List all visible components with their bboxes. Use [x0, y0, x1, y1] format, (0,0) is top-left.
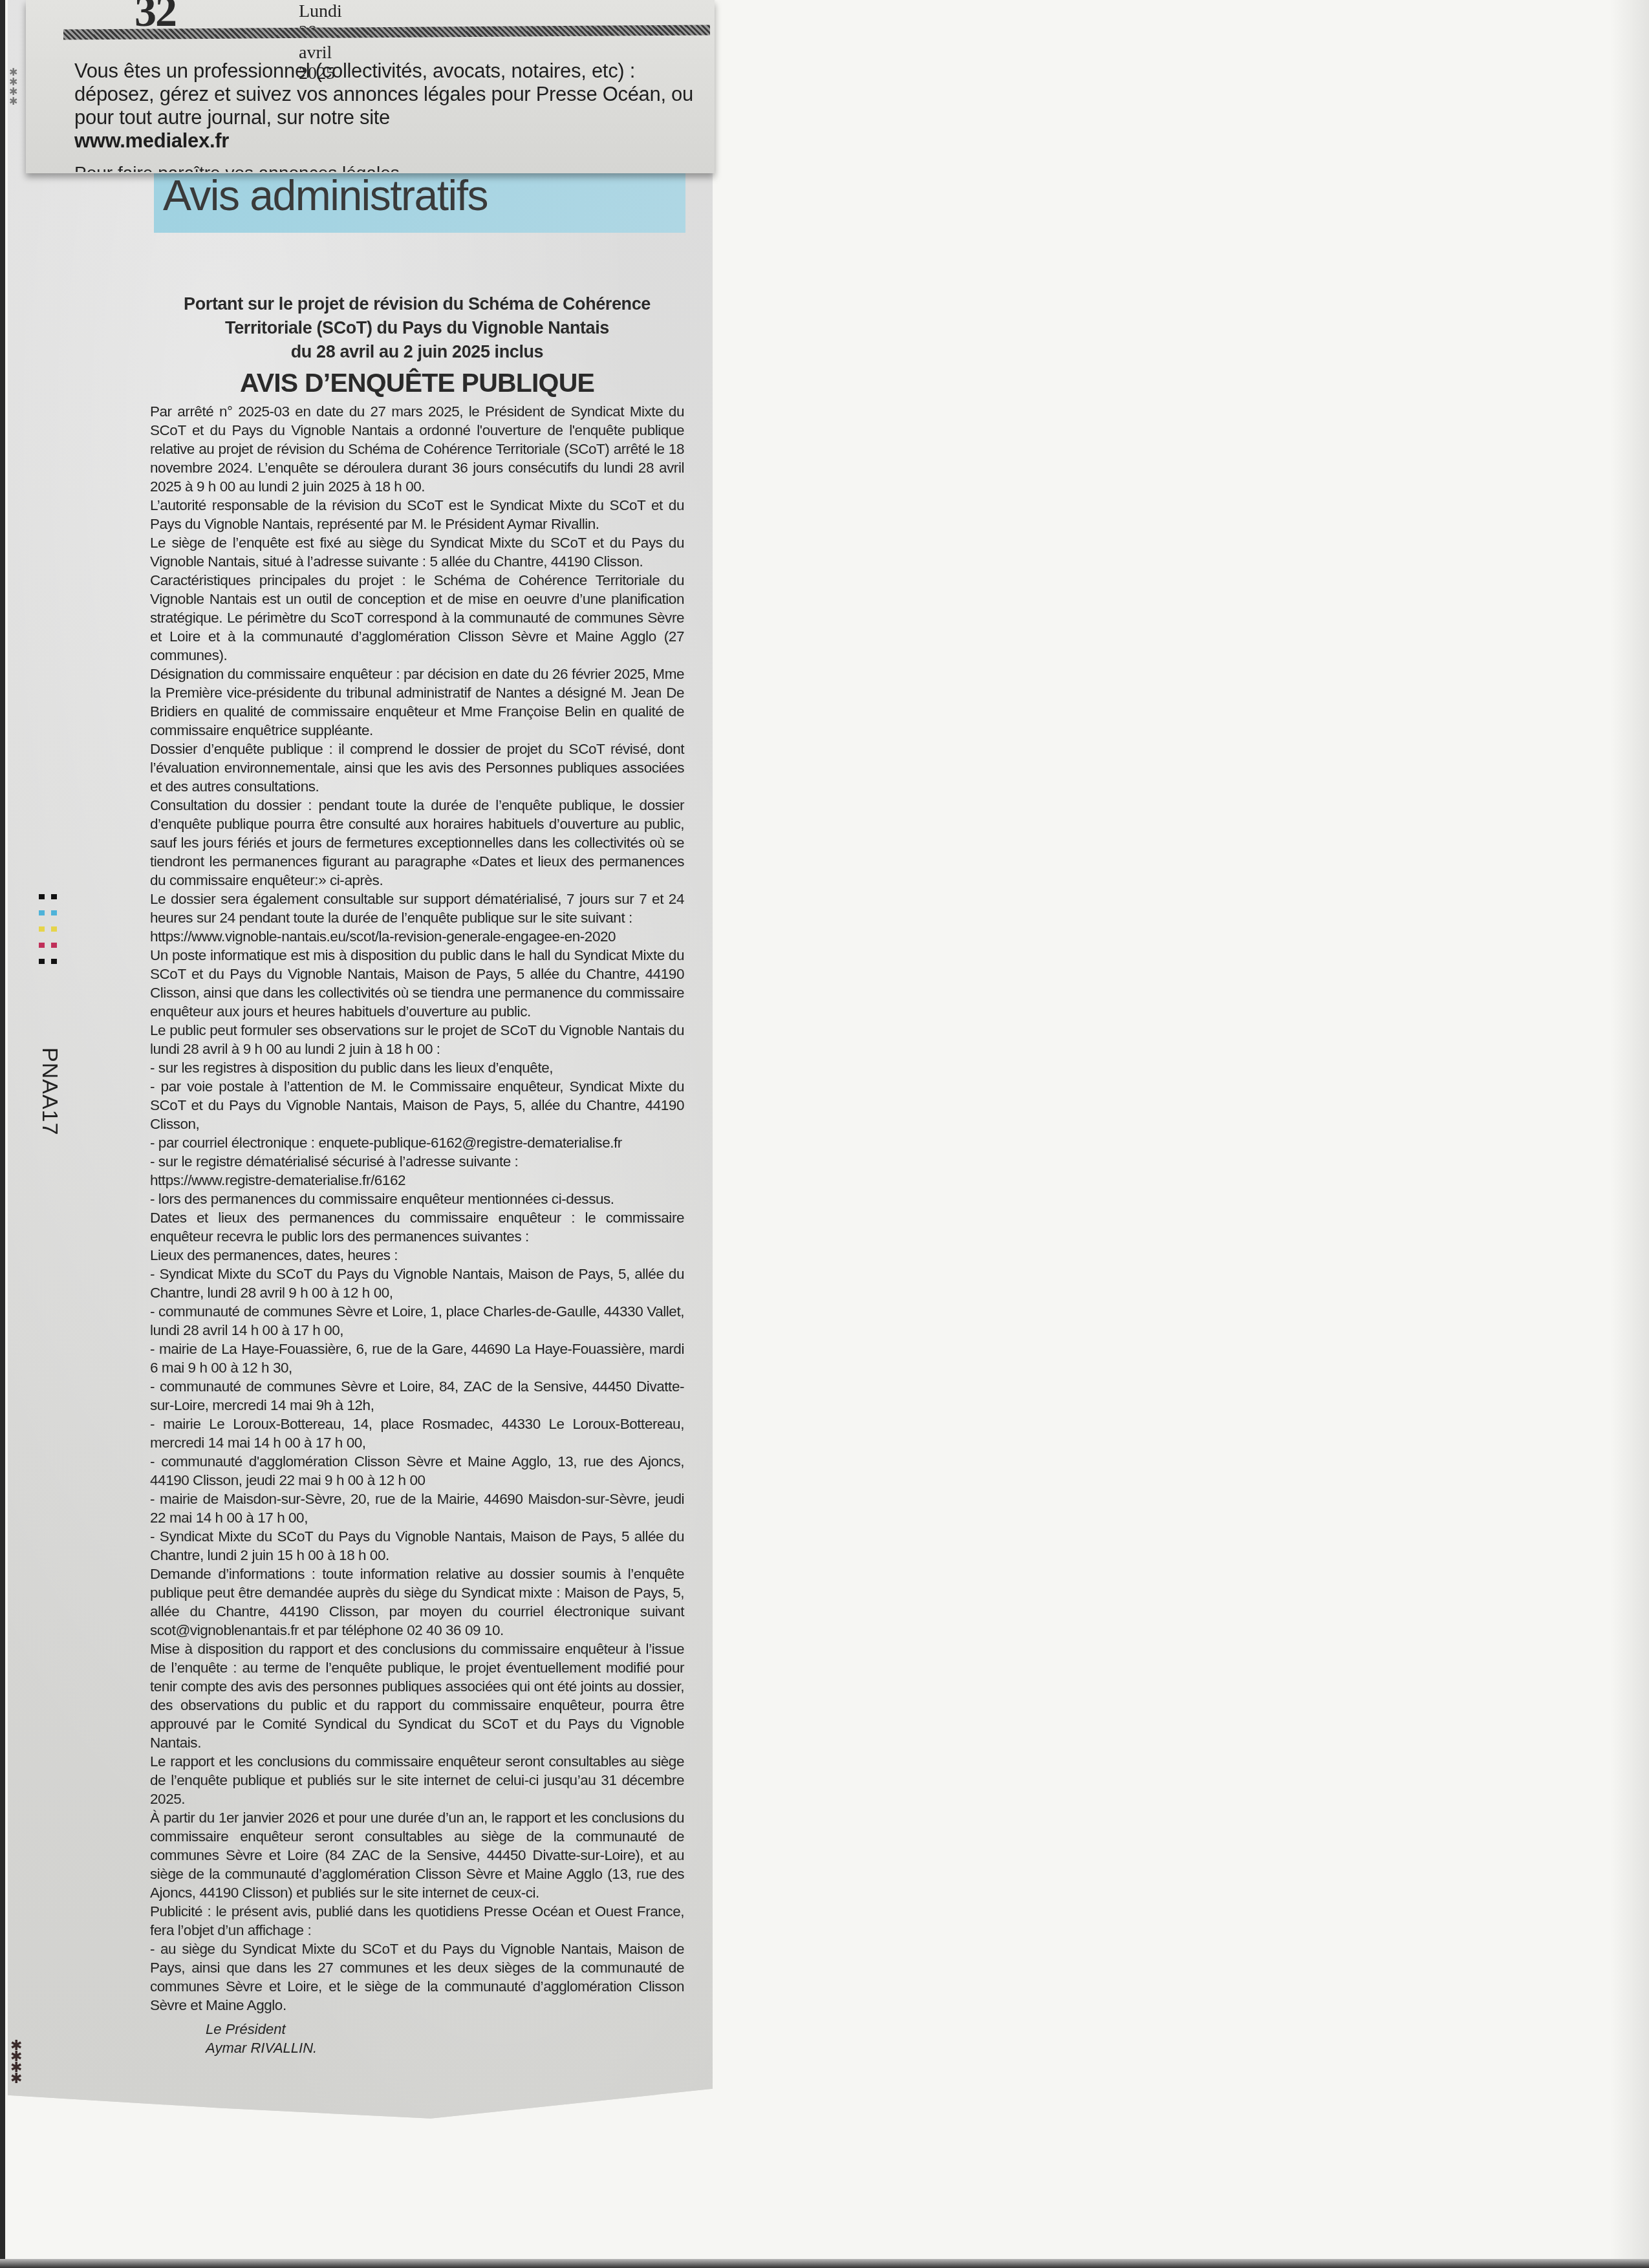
paragraph-mise-a-disposition: Mise à disposition du rapport et des con… — [150, 1640, 684, 1752]
paragraph-observations: Le public peut formuler ses observations… — [150, 1021, 684, 1058]
signature-name: Aymar RIVALLIN. — [206, 2038, 684, 2057]
list-item-courriel[interactable]: - par courriel électronique : enquete-pu… — [150, 1133, 684, 1152]
promo-site-link[interactable]: www.medialex.fr — [74, 129, 702, 153]
registration-mark-black — [39, 959, 57, 964]
paragraph-autorite: L’autorité responsable de la révision du… — [150, 496, 684, 533]
subheading-line: Territoriale (SCoT) du Pays du Vignoble … — [150, 316, 684, 340]
star-marks-bottom: ✱✱✱✱ — [10, 2040, 22, 2084]
medialex-promo: Vous êtes un professionnel (collectivité… — [74, 59, 702, 153]
link-registre-dematerialise[interactable]: https://www.registre-dematerialise.fr/61… — [150, 1171, 684, 1190]
permanence-item: - Syndicat Mixte du SCoT du Pays du Vign… — [150, 1265, 684, 1302]
paragraph-dematerialise: Le dossier sera également consultable su… — [150, 890, 684, 927]
list-item-affichage: - au siège du Syndicat Mixte du SCoT et … — [150, 1940, 684, 2015]
subheading-line: Portant sur le projet de révision du Sch… — [150, 292, 684, 316]
section-banner: Avis administratifs — [154, 167, 685, 233]
paragraph-lieux-heading: Lieux des permanences, dates, heures : — [150, 1246, 684, 1265]
paragraph-caracteristiques: Caractéristiques principales du projet :… — [150, 571, 684, 665]
paragraph-poste-informatique: Un poste informatique est mis à disposit… — [150, 946, 684, 1021]
permanence-item: - Syndicat Mixte du SCoT du Pays du Vign… — [150, 1527, 684, 1565]
list-item-registre-dematerialise: - sur le registre dématérialisé sécurisé… — [150, 1152, 684, 1171]
paragraph-rapport-consultable: Le rapport et les conclusions du commiss… — [150, 1752, 684, 1808]
permanence-item: - mairie Le Loroux-Bottereau, 14, place … — [150, 1415, 684, 1452]
section-title: Avis administratifs — [163, 171, 488, 220]
list-item-permanences: - lors des permanences du commissaire en… — [150, 1190, 684, 1208]
paragraph-dossier: Dossier d’enquête publique : il comprend… — [150, 740, 684, 796]
signature: Le Président Aymar RIVALLIN. — [150, 2020, 684, 2057]
registration-mark-black — [39, 894, 57, 899]
list-item-registres: - sur les registres à disposition du pub… — [150, 1058, 684, 1077]
list-item-voie-postale: - par voie postale à l’attention de M. l… — [150, 1077, 684, 1133]
scan-border-left — [0, 0, 5, 2268]
notice-subheading: Portant sur le projet de révision du Sch… — [150, 292, 684, 364]
registration-mark-magenta — [39, 943, 57, 948]
link-vignoble-nantais[interactable]: https://www.vignoble-nantais.eu/scot/la-… — [150, 927, 684, 946]
folded-top-strip: 32 Lundi 28 avril 2025 Vous êtes un prof… — [26, 0, 715, 173]
scan-border-bottom — [0, 2259, 1649, 2268]
paragraph-designation: Désignation du commissaire enquêteur : p… — [150, 665, 684, 740]
public-inquiry-notice: Portant sur le projet de révision du Sch… — [150, 292, 684, 2057]
promo-text: Vous êtes un professionnel (collectivité… — [74, 59, 693, 129]
paragraph-siege: Le siège de l’enquête est fixé au siège … — [150, 533, 684, 571]
permanence-item: - communauté de communes Sèvre et Loire,… — [150, 1302, 684, 1340]
scan-shadow-right — [1610, 0, 1649, 2268]
permanence-item: - mairie de La Haye-Fouassière, 6, rue d… — [150, 1340, 684, 1377]
paragraph-demande-informations: Demande d’informations : toute informati… — [150, 1565, 684, 1640]
registration-mark-cyan — [39, 910, 57, 915]
signature-title: Le Président — [206, 2020, 684, 2038]
subheading-line: du 28 avril au 2 juin 2025 inclus — [150, 340, 684, 364]
paragraph-consultation: Consultation du dossier : pendant toute … — [150, 796, 684, 890]
paragraph-dates-lieux: Dates et lieux des permanences du commis… — [150, 1208, 684, 1246]
promo-cut-line: Pour faire paraître vos annonces légales — [74, 163, 462, 172]
paragraph-arrete: Par arrêté n° 2025-03 en date du 27 mars… — [150, 402, 684, 496]
registration-marks — [39, 894, 57, 975]
star-marks-top: ✱✱✱✱ — [9, 68, 17, 107]
permanence-item: - communauté d'agglomération Clisson Sèv… — [150, 1452, 684, 1490]
permanence-item: - communauté de communes Sèvre et Loire,… — [150, 1377, 684, 1415]
side-code: PNAA17 — [37, 1047, 62, 1135]
permanence-item: - mairie de Maisdon-sur-Sèvre, 20, rue d… — [150, 1490, 684, 1527]
registration-mark-yellow — [39, 926, 57, 932]
notice-heading: AVIS D’ENQUÊTE PUBLIQUE — [150, 368, 684, 398]
paragraph-a-partir-2026: À partir du 1er janvier 2026 et pour une… — [150, 1808, 684, 1902]
paragraph-publicite: Publicité : le présent avis, publié dans… — [150, 1902, 684, 1940]
notice-body: Par arrêté n° 2025-03 en date du 27 mars… — [150, 402, 684, 2015]
